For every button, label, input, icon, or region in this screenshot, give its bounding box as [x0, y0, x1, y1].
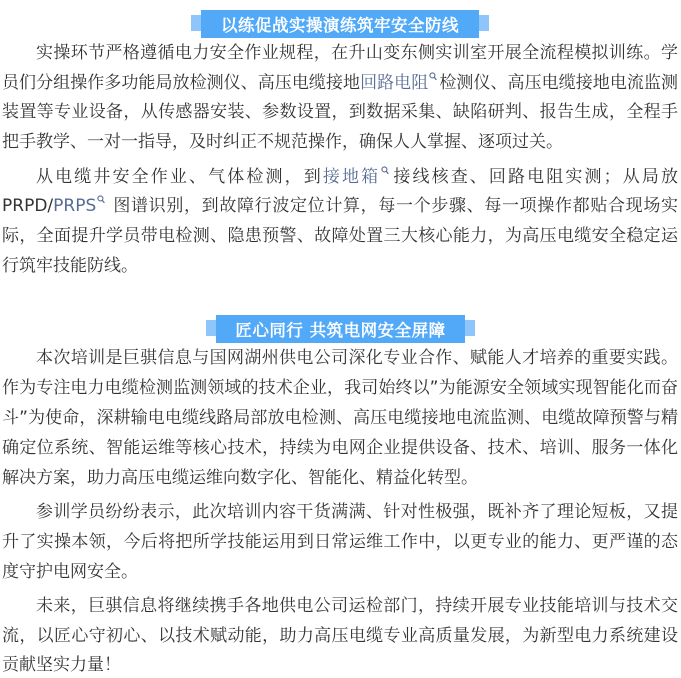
text-segment: 员们分组操作多功能局放检测仪、高压电缆接地 [2, 73, 360, 93]
section-heading: 匠心同行 共筑电网安全屏障 [216, 315, 465, 343]
paragraph-line: 作为专注电力电缆检测监测领域的技术企业，我司始终以”为能源安全领域实现智能化而奋 [2, 377, 678, 399]
section-heading-banner: 匠心同行 共筑电网安全屏障 [206, 315, 475, 343]
text-segment: 贡献坚实力量！ [2, 655, 121, 675]
text-segment: 解决方案，助力高压电缆运维向数字化、智能化、精益化转型。 [2, 468, 478, 488]
text-segment: 装置等专业设备，从传感器安装、参数设置，到数据采集、缺陷研判、报告生成，全程手 [2, 102, 678, 122]
text-segment: 本次培训是巨骐信息与国网湖州供电公司深化专业合作、赋能人才培养的重要实践。 [36, 348, 678, 368]
keyword-search-link[interactable]: 回路电阻 [360, 73, 428, 93]
paragraph-line: 装置等专业设备，从传感器安装、参数设置，到数据采集、缺陷研判、报告生成，全程手 [2, 101, 678, 123]
text-segment: PRPD/ [2, 196, 53, 216]
paragraph-line: 未来，巨骐信息将继续携手各地供电公司运检部门，持续开展专业技能培训与技术交 [36, 595, 678, 617]
paragraph-line: 解决方案，助力高压电缆运维向数字化、智能化、精益化转型。 [2, 467, 678, 489]
text-segment: 斗”为使命，深耕输电电缆线路局部放电检测、高压电缆接地电流监测、电缆故障预警与精 [2, 408, 678, 428]
paragraph-line: 行筑牢技能防线。 [2, 255, 678, 277]
text-segment: 流，以匠心守初心、以技术赋动能，助力高压电缆专业高质量发展，为新型电力系统建设 [2, 626, 678, 646]
text-segment: 图谱识别，到故障行波定位计算，每一个步骤、每一项操作都贴合现场实 [107, 196, 678, 216]
banner-right-accent [464, 320, 475, 336]
search-icon[interactable] [97, 195, 105, 207]
paragraph-line: 贡献坚实力量！ [2, 654, 678, 676]
paragraph-line: 参训学员纷纷表示，此次培训内容干货满满、针对性极强，既补齐了理论短板，又提 [36, 501, 678, 523]
text-segment: 确定位系统、智能运维等核心技术，持续为电网企业提供设备、技术、培训、服务一体化 [2, 438, 678, 458]
text-segment: 作为专注电力电缆检测监测领域的技术企业，我司始终以”为能源安全领域实现智能化而奋 [2, 378, 678, 398]
paragraph-line: 流，以匠心守初心、以技术赋动能，助力高压电缆专业高质量发展，为新型电力系统建设 [2, 625, 678, 647]
text-segment: 行筑牢技能防线。 [2, 256, 138, 276]
section-heading-banner: 以练促战实操演练筑牢安全防线 [191, 10, 489, 38]
paragraph-line: 确定位系统、智能运维等核心技术，持续为电网企业提供设备、技术、培训、服务一体化 [2, 437, 678, 459]
paragraph-line: 本次培训是巨骐信息与国网湖州供电公司深化专业合作、赋能人才培养的重要实践。 [36, 347, 678, 369]
text-segment: 际，全面提升学员带电检测、隐患预警、故障处置三大核心能力，为高压电缆安全稳定运 [2, 226, 678, 246]
paragraph-line: 从电缆井安全作业、气体检测，到接地箱接线核查、回路电阻实测；从局放 [36, 166, 678, 188]
paragraph-line: 际，全面提升学员带电检测、隐患预警、故障处置三大核心能力，为高压电缆安全稳定运 [2, 225, 678, 247]
banner-right-accent [478, 15, 489, 31]
text-segment: 参训学员纷纷表示，此次培训内容干货满满、针对性极强，既补齐了理论短板，又提 [36, 502, 678, 522]
search-icon[interactable] [429, 72, 437, 84]
text-segment: 度守护电网安全。 [2, 562, 138, 582]
text-segment: 实操环节严格遵循电力安全作业规程，在升山变东侧实训室开展全流程模拟训练。学 [36, 43, 678, 63]
paragraph-line: 把手教学、一对一指导，及时纠正不规范操作，确保人人掌握、逐项过关。 [2, 131, 678, 153]
paragraph-line: 实操环节严格遵循电力安全作业规程，在升山变东侧实训室开展全流程模拟训练。学 [36, 42, 678, 64]
paragraph-line: 员们分组操作多功能局放检测仪、高压电缆接地回路电阻检测仪、高压电缆接地电流监测 [2, 72, 678, 94]
paragraph-line: 斗”为使命，深耕输电电缆线路局部放电检测、高压电缆接地电流监测、电缆故障预警与精 [2, 407, 678, 429]
text-segment: 升了实操本领，今后将把所学技能运用到日常运维工作中，以更专业的能力、更严谨的态 [2, 532, 678, 552]
text-segment: 把手教学、一对一指导，及时纠正不规范操作，确保人人掌握、逐项过关。 [2, 132, 563, 152]
paragraph-line: 度守护电网安全。 [2, 561, 678, 583]
keyword-search-link[interactable]: PRPS [53, 196, 96, 216]
paragraph-line: PRPD/PRPS 图谱识别，到故障行波定位计算，每一个步骤、每一项操作都贴合现… [2, 195, 678, 217]
paragraph-line: 升了实操本领，今后将把所学技能运用到日常运维工作中，以更专业的能力、更严谨的态 [2, 531, 678, 553]
text-segment: 从电缆井安全作业、气体检测，到 [36, 167, 323, 187]
keyword-search-link[interactable]: 接地箱 [323, 167, 380, 187]
search-icon[interactable] [381, 166, 389, 178]
text-segment: 检测仪、高压电缆接地电流监测 [439, 73, 678, 93]
text-segment: 未来，巨骐信息将继续携手各地供电公司运检部门，持续开展专业技能培训与技术交 [36, 596, 678, 616]
section-heading: 以练促战实操演练筑牢安全防线 [201, 10, 479, 38]
text-segment: 接线核查、回路电阻实测；从局放 [391, 167, 678, 187]
